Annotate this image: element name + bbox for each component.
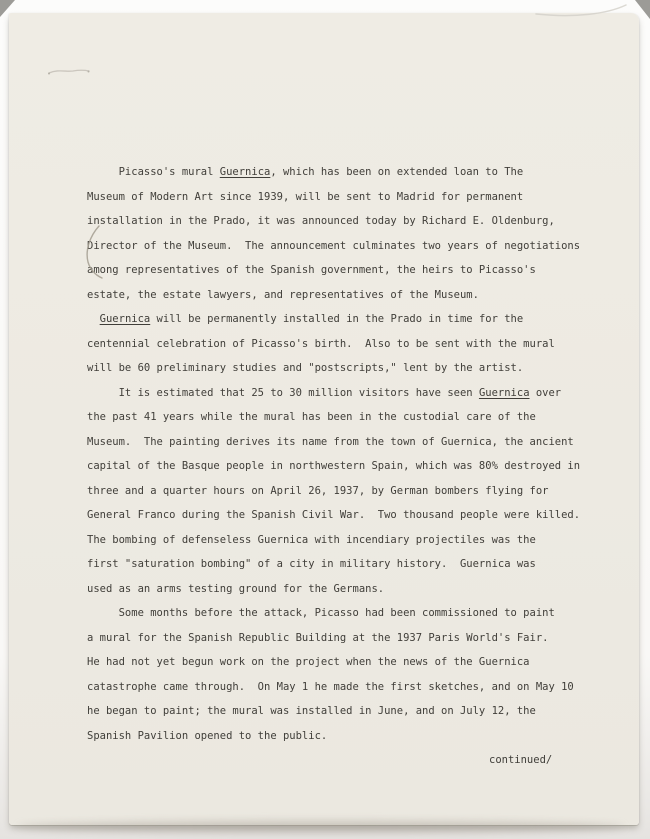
- text-segment: catastrophe came through. On May 1 he ma…: [87, 681, 574, 693]
- text-segment: It is estimated that 25 to 30 million vi…: [87, 387, 479, 399]
- text-line: Spanish Pavilion opened to the public.: [87, 724, 580, 749]
- text-line: he began to paint; the mural was install…: [87, 699, 580, 724]
- text-line: It is estimated that 25 to 30 million vi…: [87, 381, 580, 406]
- text-line: three and a quarter hours on April 26, 1…: [87, 479, 580, 504]
- text-segment: capital of the Basque people in northwes…: [87, 460, 580, 472]
- text-line: a mural for the Spanish Republic Buildin…: [87, 626, 580, 651]
- document-page: Picasso's mural Guernica, which has been…: [9, 13, 639, 825]
- text-segment: first "saturation bombing" of a city in …: [87, 558, 536, 570]
- text-line: Director of the Museum. The announcement…: [87, 234, 580, 259]
- text-line: used as an arms testing ground for the G…: [87, 577, 580, 602]
- text-line: Picasso's mural Guernica, which has been…: [87, 160, 580, 185]
- text-line: Museum of Modern Art since 1939, will be…: [87, 185, 580, 210]
- text-segment: three and a quarter hours on April 26, 1…: [87, 485, 548, 497]
- text-segment: Museum of Modern Art since 1939, will be…: [87, 191, 523, 203]
- text-segment: Picasso's mural: [87, 166, 220, 178]
- text-line: He had not yet begun work on the project…: [87, 650, 580, 675]
- text-segment: , which has been on extended loan to The: [270, 166, 523, 178]
- text-segment: Some months before the attack, Picasso h…: [87, 607, 555, 619]
- text-line: Guernica will be permanently installed i…: [87, 307, 580, 332]
- text-segment: Museum. The painting derives its name fr…: [87, 436, 574, 448]
- text-line: estate, the estate lawyers, and represen…: [87, 283, 580, 308]
- text-segment: the past 41 years while the mural has be…: [87, 411, 536, 423]
- text-segment: a mural for the Spanish Republic Buildin…: [87, 632, 548, 644]
- text-segment: The bombing of defenseless Guernica with…: [87, 534, 536, 546]
- text-segment: he began to paint; the mural was install…: [87, 705, 536, 717]
- text-segment: Spanish Pavilion opened to the public.: [87, 730, 327, 742]
- text-segment: General Franco during the Spanish Civil …: [87, 509, 580, 521]
- text-line: first "saturation bombing" of a city in …: [87, 552, 580, 577]
- text-segment: used as an arms testing ground for the G…: [87, 583, 384, 595]
- text-segment: estate, the estate lawyers, and represen…: [87, 289, 479, 301]
- text-segment: will be 60 preliminary studies and "post…: [87, 362, 523, 374]
- text-segment: centennial celebration of Picasso's birt…: [87, 338, 555, 350]
- scanned-document: { "colors": { "paper": "#edeae2", "ink":…: [0, 0, 650, 839]
- text-segment: He had not yet begun work on the project…: [87, 656, 530, 668]
- text-segment: [87, 313, 100, 325]
- text-line: The bombing of defenseless Guernica with…: [87, 528, 580, 553]
- text-segment: Director of the Museum. The announcement…: [87, 240, 580, 252]
- text-line: Some months before the attack, Picasso h…: [87, 601, 580, 626]
- text-segment: among representatives of the Spanish gov…: [87, 264, 536, 276]
- continued-marker: continued/: [87, 748, 580, 773]
- typed-text: Picasso's mural Guernica, which has been…: [87, 160, 580, 773]
- text-line: among representatives of the Spanish gov…: [87, 258, 580, 283]
- text-segment: continued/: [489, 754, 552, 766]
- text-segment: installation in the Prado, it was announ…: [87, 215, 555, 227]
- text-segment: will be permanently installed in the Pra…: [150, 313, 523, 325]
- text-line: catastrophe came through. On May 1 he ma…: [87, 675, 580, 700]
- underlined-word: Guernica: [479, 387, 530, 399]
- underlined-word: Guernica: [100, 313, 151, 325]
- text-line: centennial celebration of Picasso's birt…: [87, 332, 580, 357]
- text-line: Museum. The painting derives its name fr…: [87, 430, 580, 455]
- paper-shadow: [18, 821, 624, 833]
- underlined-word: Guernica: [220, 166, 271, 178]
- text-line: capital of the Basque people in northwes…: [87, 454, 580, 479]
- text-line: General Franco during the Spanish Civil …: [87, 503, 580, 528]
- text-line: the past 41 years while the mural has be…: [87, 405, 580, 430]
- text-segment: over: [530, 387, 562, 399]
- text-line: will be 60 preliminary studies and "post…: [87, 356, 580, 381]
- text-line: installation in the Prado, it was announ…: [87, 209, 580, 234]
